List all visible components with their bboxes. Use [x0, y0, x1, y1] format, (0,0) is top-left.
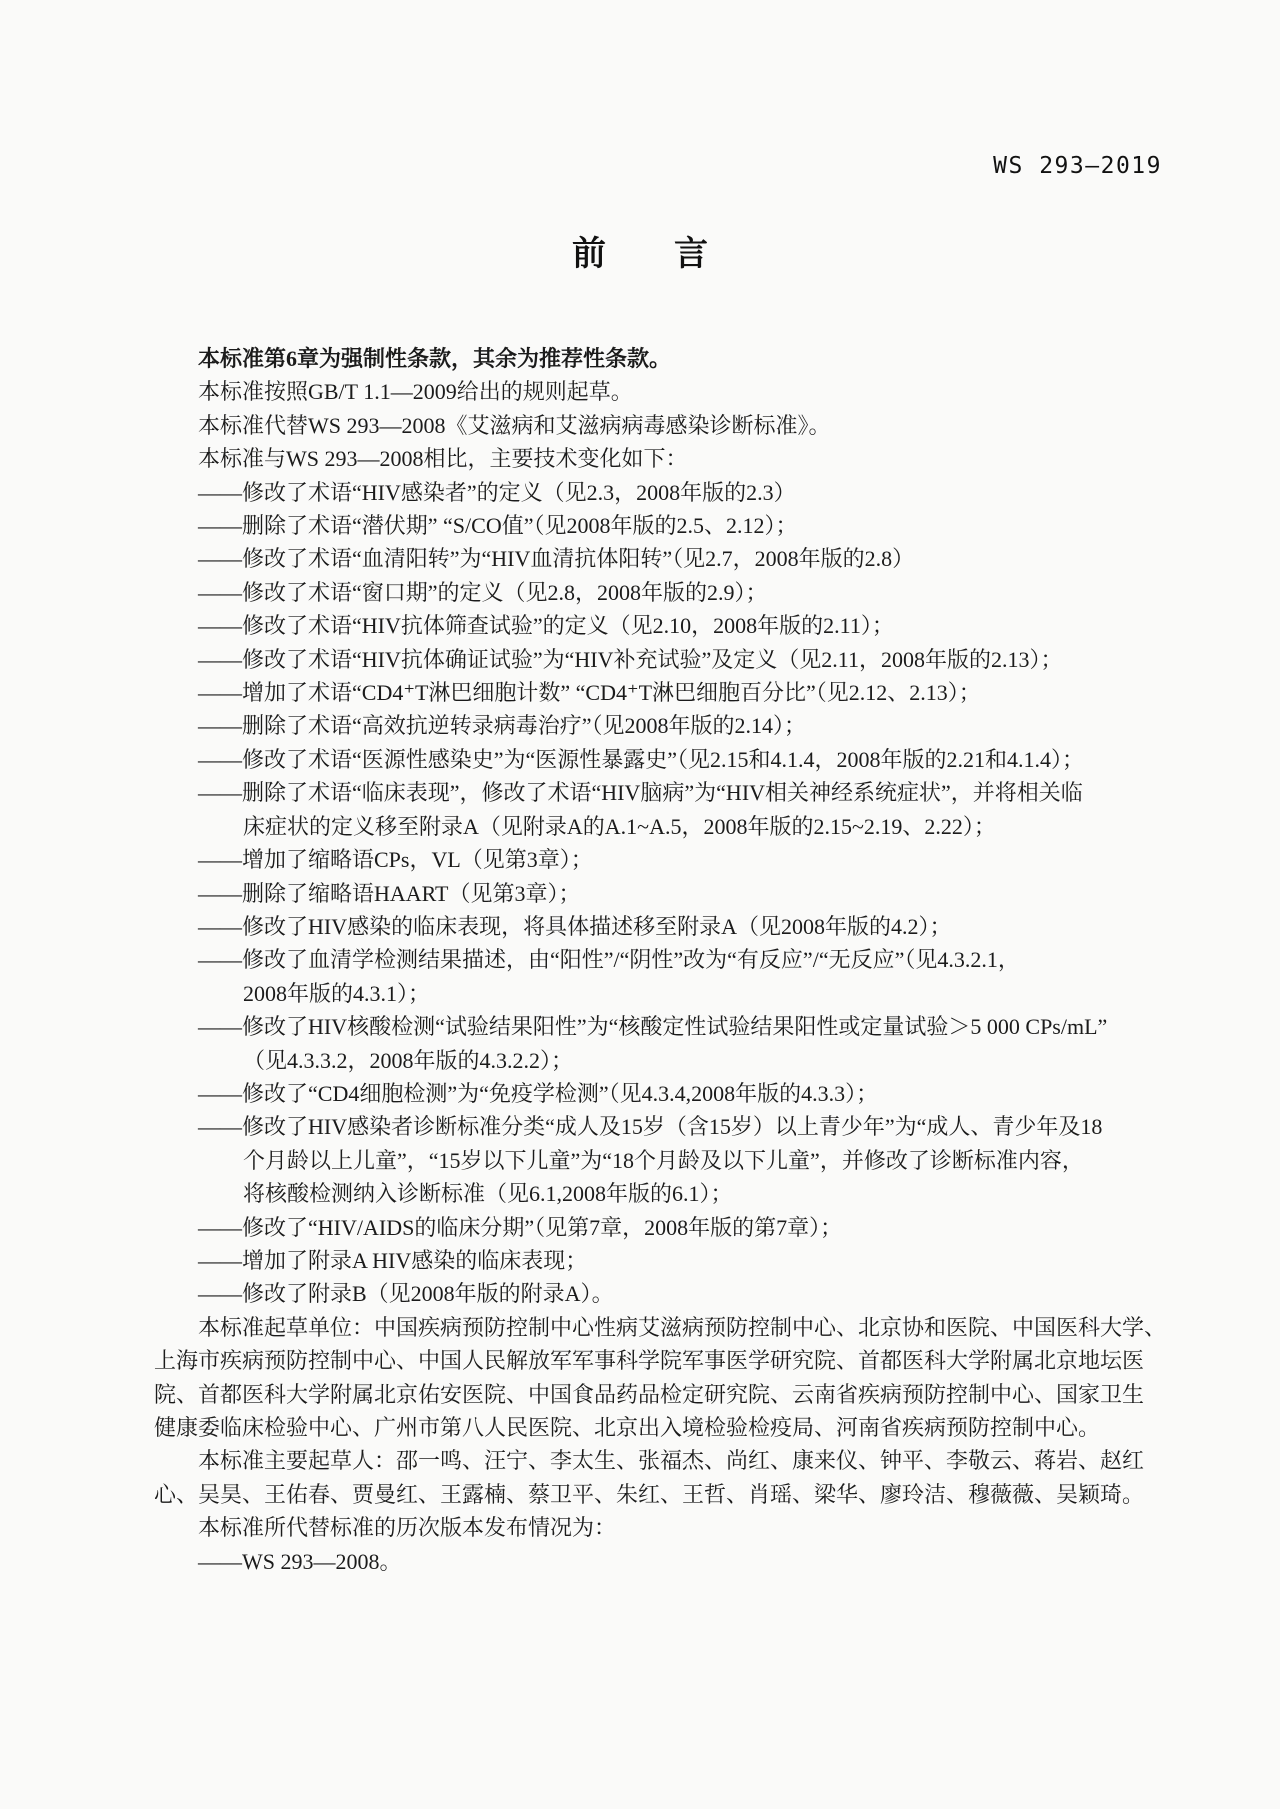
text-line: ——修改了术语“HIV抗体确证试验”为“HIV补充试验”及定义（见2.11，20… [154, 643, 1134, 676]
text-line: ——删除了术语“高效抗逆转录病毒治疗”（见2008年版的2.14）； [154, 709, 1134, 742]
text-line: 本标准第6章为强制性条款，其余为推荐性条款。 [154, 342, 1134, 375]
text-line: ——修改了附录B（见2008年版的附录A）。 [154, 1277, 1134, 1310]
text-line: ——修改了术语“窗口期”的定义（见2.8，2008年版的2.9）； [154, 576, 1134, 609]
text-line: ——修改了HIV核酸检测“试验结果阳性”为“核酸定性试验结果阳性或定量试验＞5 … [154, 1010, 1134, 1043]
text-line: ——删除了术语“潜伏期” “S/CO值”（见2008年版的2.5、2.12）； [154, 509, 1134, 542]
text-line: 本标准主要起草人：邵一鸣、汪宁、李太生、张福杰、尚红、康来仪、钟平、李敬云、蒋岩… [154, 1444, 1134, 1477]
text-line: 本标准按照GB/T 1.1—2009给出的规则起草。 [154, 375, 1134, 408]
text-line: ——删除了术语“临床表现”，修改了术语“HIV脑病”为“HIV相关神经系统症状”… [154, 776, 1134, 809]
text-line: ——修改了HIV感染者诊断标准分类“成人及15岁（含15岁）以上青少年”为“成人… [154, 1110, 1134, 1143]
text-line: 本标准起草单位：中国疾病预防控制中心性病艾滋病预防控制中心、北京协和医院、中国医… [154, 1311, 1134, 1344]
doc-code: WS 293—2019 [993, 153, 1162, 179]
text-line: ——修改了HIV感染的临床表现，将具体描述移至附录A（见2008年版的4.2）； [154, 910, 1134, 943]
document-page: WS 293—2019 前 言 本标准第6章为强制性条款，其余为推荐性条款。本标… [0, 0, 1280, 1809]
text-line: ——增加了附录A HIV感染的临床表现； [154, 1244, 1134, 1277]
text-line: ——修改了“HIV/AIDS的临床分期”（见第7章，2008年版的第7章）； [154, 1211, 1134, 1244]
text-line: ——修改了术语“血清阳转”为“HIV血清抗体阳转”（见2.7，2008年版的2.… [154, 542, 1134, 575]
text-line: 院、首都医科大学附属北京佑安医院、中国食品药品检定研究院、云南省疾病预防控制中心… [154, 1378, 1134, 1411]
text-line: （见4.3.3.2，2008年版的4.3.2.2）； [154, 1044, 1134, 1077]
text-line: 个月龄以上儿童”，“15岁以下儿童”为“18个月龄及以下儿童”，并修改了诊断标准… [154, 1144, 1134, 1177]
page-title: 前 言 [0, 226, 1280, 275]
text-line: ——修改了术语“HIV感染者”的定义（见2.3，2008年版的2.3） [154, 476, 1134, 509]
text-line: ——修改了术语“HIV抗体筛查试验”的定义（见2.10，2008年版的2.11）… [154, 609, 1134, 642]
text-line: 健康委临床检验中心、广州市第八人民医院、北京出入境检验检疫局、河南省疾病预防控制… [154, 1411, 1134, 1444]
text-line: 上海市疾病预防控制中心、中国人民解放军军事科学院军事医学研究院、首都医科大学附属… [154, 1344, 1134, 1377]
text-line: ——修改了术语“医源性感染史”为“医源性暴露史”（见2.15和4.1.4，200… [154, 743, 1134, 776]
text-line: 本标准与WS 293—2008相比，主要技术变化如下： [154, 442, 1134, 475]
text-line: ——删除了缩略语HAART（见第3章）； [154, 877, 1134, 910]
text-line: 本标准所代替标准的历次版本发布情况为： [154, 1511, 1134, 1544]
text-line: 心、吴昊、王佑春、贾曼红、王露楠、蔡卫平、朱红、王哲、肖瑶、梁华、廖玲洁、穆薇薇… [154, 1478, 1134, 1511]
text-line: ——修改了血清学检测结果描述，由“阳性”/“阴性”改为“有反应”/“无反应”（见… [154, 943, 1134, 976]
text-line: ——增加了缩略语CPs，VL（见第3章）； [154, 843, 1134, 876]
content: 本标准第6章为强制性条款，其余为推荐性条款。本标准按照GB/T 1.1—2009… [154, 342, 1134, 1578]
text-line: 本标准代替WS 293—2008《艾滋病和艾滋病病毒感染诊断标准》。 [154, 409, 1134, 442]
text-line: ——WS 293—2008。 [154, 1545, 1134, 1578]
text-line: ——增加了术语“CD4⁺T淋巴细胞计数” “CD4⁺T淋巴细胞百分比”（见2.1… [154, 676, 1134, 709]
text-line: 床症状的定义移至附录A（见附录A的A.1~A.5，2008年版的2.15~2.1… [154, 810, 1134, 843]
text-line: ——修改了“CD4细胞检测”为“免疫学检测”（见4.3.4,2008年版的4.3… [154, 1077, 1134, 1110]
text-line: 2008年版的4.3.1）； [154, 977, 1134, 1010]
text-line: 将核酸检测纳入诊断标准（见6.1,2008年版的6.1）； [154, 1177, 1134, 1210]
